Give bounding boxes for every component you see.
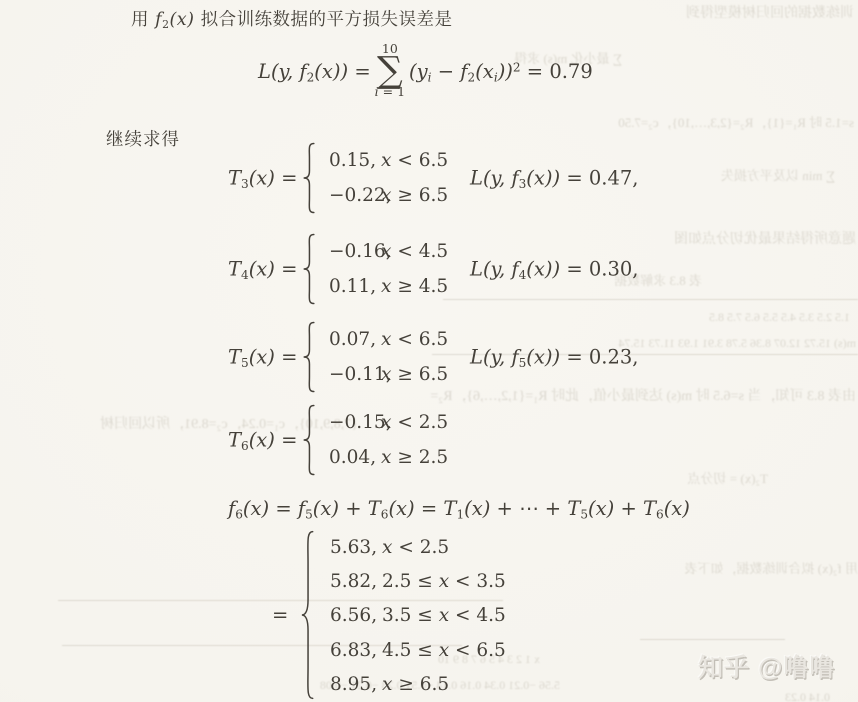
math-run: (x))	[526, 258, 560, 281]
math-run: 4	[241, 268, 249, 282]
math-run: T	[228, 346, 241, 369]
row-value: 0.15,	[329, 150, 381, 171]
math-run: < 6.5	[391, 150, 448, 171]
math-run: < 6.5	[449, 640, 506, 661]
row-condition: x < 6.5	[381, 150, 448, 171]
piecewise-row: −0.15, x < 2.5	[329, 405, 448, 440]
math-run: < 4.5	[449, 605, 506, 626]
math-run: (y, f	[271, 60, 307, 83]
math-run: ≥ 2.5	[391, 447, 448, 468]
row-condition: x ≥ 6.5	[382, 674, 449, 695]
piecewise-rows: 5.63, x < 2.5 5.82, 2.5 ≤ x < 3.5 6.56, …	[330, 530, 506, 702]
math-run: T	[643, 497, 656, 520]
math-run: x	[382, 674, 392, 695]
math-run: =	[275, 429, 298, 452]
zhihu-watermark: 知乎 @噜噜	[698, 648, 835, 684]
row-condition: 3.5 ≤ x < 4.5	[382, 605, 506, 626]
loss-equation: L(y, f2(x)) = 10 ∑ i = 1 (yi − f2(xi))2 …	[258, 38, 593, 104]
math-run: (x)	[169, 10, 194, 30]
row-condition: x < 2.5	[381, 412, 448, 433]
math-run: < 4.5	[391, 241, 448, 262]
piecewise-rows: 0.15, x < 6.5 −0.22, x ≥ 6.5	[329, 143, 448, 213]
math-run: 2.5 ≤	[382, 571, 439, 592]
math-run: (y, f	[483, 167, 519, 190]
math-run: (y, f	[483, 258, 519, 281]
bleedthrough-text: s=1.5 时 R₁={1}，R₂={2,3,…,10}，c₂=7.50	[598, 112, 854, 131]
row-condition: x ≥ 6.5	[381, 364, 448, 385]
math-run: =	[269, 497, 298, 520]
row-value: 8.95,	[330, 674, 382, 695]
math-run: 6	[241, 439, 249, 453]
equals-sign: =	[272, 604, 288, 627]
math-run: (x)	[249, 346, 275, 369]
row-condition: x < 6.5	[381, 329, 448, 350]
math-run: < 3.5	[449, 571, 506, 592]
math-run: +	[339, 497, 368, 520]
piecewise-row: 8.95, x ≥ 6.5	[330, 668, 506, 702]
piecewise-row: 5.63, x < 2.5	[330, 530, 506, 564]
math-run: x	[439, 640, 449, 661]
row-value: 5.63,	[330, 537, 382, 558]
piecewise-row: −0.11, x ≥ 6.5	[329, 357, 448, 392]
piecewise-rows: 0.07, x < 6.5 −0.11, x ≥ 6.5	[329, 322, 448, 392]
row-value: −0.15,	[329, 412, 381, 433]
block-name: T3(x) =	[228, 167, 297, 190]
left-brace-icon	[300, 142, 316, 214]
math-run: ≥ 4.5	[391, 276, 448, 297]
math-run: = 0.23,	[560, 346, 638, 369]
intro-sentence: 用 f2(x) 拟合训练数据的平方损失误差是	[131, 6, 453, 31]
math-run: T	[368, 497, 381, 520]
math-run: (x)	[464, 497, 490, 520]
math-run: 5	[305, 507, 313, 521]
math-run: =	[275, 258, 298, 281]
loss-value: L(y, f4(x)) = 0.30,	[470, 258, 638, 281]
math-run: +	[614, 497, 643, 520]
math-run: + ⋯ +	[490, 497, 567, 520]
piecewise-row: 6.56, 3.5 ≤ x < 4.5	[330, 599, 506, 633]
math-run: x	[381, 276, 391, 297]
row-condition: x < 2.5	[382, 537, 449, 558]
math-run: x	[382, 537, 392, 558]
math-run: (x)	[249, 167, 275, 190]
left-brace-icon	[300, 233, 316, 305]
math-run: 5	[241, 356, 249, 370]
piecewise-row: 5.82, 2.5 ≤ x < 3.5	[330, 564, 506, 598]
math-run: x	[381, 364, 391, 385]
piecewise-row: 0.07, x < 6.5	[329, 322, 448, 357]
math-run: (x))	[526, 346, 560, 369]
sigma-icon: ∑	[377, 56, 403, 87]
math-run: (x)	[249, 429, 275, 452]
math-run: (x)	[664, 497, 690, 520]
row-condition: 4.5 ≤ x < 6.5	[382, 640, 506, 661]
math-run: 3	[241, 177, 249, 191]
math-run: f	[298, 497, 305, 520]
row-condition: 2.5 ≤ x < 3.5	[382, 571, 506, 592]
math-run: (x)	[588, 497, 614, 520]
math-run: = 0.47,	[560, 167, 638, 190]
piecewise-row: 0.04, x ≥ 2.5	[329, 440, 448, 475]
row-value: −0.16,	[329, 241, 381, 262]
math-run: (x)	[249, 258, 275, 281]
math-run: < 2.5	[391, 412, 448, 433]
scanned-book-page: 训练数据的回归树模型得到∑ 最小化 m(s) 求得s=1.5 时 R₁={1}，…	[0, 0, 858, 702]
math-run: f	[155, 10, 162, 30]
row-value: 6.56,	[330, 605, 382, 626]
row-condition: x ≥ 2.5	[381, 447, 448, 468]
piecewise-row: 0.15, x < 6.5	[329, 143, 448, 178]
block-name: T4(x) =	[228, 258, 297, 281]
math-run: = 0.30,	[560, 258, 638, 281]
math-run: T	[443, 497, 456, 520]
math-run: 2	[513, 60, 521, 74]
math-run: (x)	[243, 497, 269, 520]
math-run: =	[415, 497, 444, 520]
math-run: x	[381, 447, 391, 468]
f6-equation: f6(x) = f5(x) + T6(x) = T1(x) + ⋯ + T5(x…	[228, 497, 690, 520]
math-run: =	[275, 167, 298, 190]
math-run: 6	[656, 507, 664, 521]
equation-left: L(y, f2(x)) =	[258, 60, 371, 83]
math-run: −	[432, 60, 461, 83]
math-run: 5	[580, 507, 588, 521]
piecewise-row: 0.11, x ≥ 4.5	[329, 269, 448, 304]
piecewise-block-t6: T6(x) = −0.15, x < 2.5 0.04, x ≥ 2.5	[0, 403, 858, 477]
row-condition: x < 4.5	[381, 241, 448, 262]
math-run: ≥ 6.5	[391, 185, 448, 206]
piecewise-rows: −0.16, x < 4.5 0.11, x ≥ 4.5	[329, 234, 448, 304]
math-run: L	[470, 167, 483, 190]
math-run: x	[381, 241, 391, 262]
row-value: 0.07,	[329, 329, 381, 350]
math-run: (x)	[313, 497, 339, 520]
piecewise-block-t5: T5(x) = 0.07, x < 6.5 −0.11, x ≥ 6.5 L(y…	[0, 320, 858, 394]
piecewise-row: 6.83, 4.5 ≤ x < 6.5	[330, 633, 506, 667]
row-value: 0.04,	[329, 447, 381, 468]
math-run: x	[381, 185, 391, 206]
row-value: −0.11,	[329, 364, 381, 385]
row-value: −0.22,	[329, 185, 381, 206]
math-run: 拟合训练数据的平方损失误差是	[195, 10, 453, 30]
math-run: x	[381, 329, 391, 350]
math-run: T	[228, 167, 241, 190]
math-run: ≥ 6.5	[391, 364, 448, 385]
math-run: (x	[475, 60, 494, 83]
math-run: T	[228, 429, 241, 452]
math-run: L	[470, 258, 483, 281]
left-brace-icon	[298, 529, 315, 701]
math-run: < 2.5	[392, 537, 449, 558]
math-run: 3.5 ≤	[382, 605, 439, 626]
math-run: (x))	[526, 167, 560, 190]
sum-lower-limit: i = 1	[375, 86, 405, 99]
math-run: 用	[131, 10, 155, 30]
row-value: 5.82,	[330, 571, 382, 592]
math-run: L	[258, 60, 271, 83]
piecewise-block-t3: T3(x) = 0.15, x < 6.5 −0.22, x ≥ 6.5 L(y…	[0, 141, 858, 215]
math-run: < 6.5	[391, 329, 448, 350]
math-run: =	[348, 60, 371, 83]
math-run: x	[381, 150, 391, 171]
math-run: = 0.79	[521, 60, 593, 83]
math-run: x	[381, 412, 391, 433]
block-name: T6(x) =	[228, 429, 297, 452]
summation-symbol: 10 ∑ i = 1	[375, 43, 405, 99]
left-brace-icon	[300, 321, 316, 393]
math-run: = 1	[379, 84, 405, 99]
loss-value: L(y, f5(x)) = 0.23,	[470, 346, 638, 369]
math-run: x	[439, 571, 449, 592]
block-name: T5(x) =	[228, 346, 297, 369]
left-brace-icon	[300, 404, 316, 476]
math-run: =	[275, 346, 298, 369]
math-run: (x))	[314, 60, 348, 83]
math-run: L	[470, 346, 483, 369]
math-run: ))	[498, 60, 513, 83]
row-value: 6.83,	[330, 640, 382, 661]
math-run: x	[439, 605, 449, 626]
math-run: T	[567, 497, 580, 520]
math-run: (y, f	[483, 346, 519, 369]
piecewise-block-t4: T4(x) = −0.16, x < 4.5 0.11, x ≥ 4.5 L(y…	[0, 232, 858, 306]
piecewise-row: −0.22, x ≥ 6.5	[329, 178, 448, 213]
math-run: (x)	[388, 497, 414, 520]
math-run: ≥ 6.5	[392, 674, 449, 695]
row-condition: x ≥ 4.5	[381, 276, 448, 297]
piecewise-rows: −0.15, x < 2.5 0.04, x ≥ 2.5	[329, 405, 448, 475]
math-run: T	[228, 258, 241, 281]
loss-value: L(y, f3(x)) = 0.47,	[470, 167, 638, 190]
equation-right: (yi − f2(xi))2 = 0.79	[409, 60, 593, 83]
math-run: (y	[409, 60, 428, 83]
math-run: 4.5 ≤	[382, 640, 439, 661]
row-condition: x ≥ 6.5	[381, 185, 448, 206]
math-run: f	[460, 60, 467, 83]
bleedthrough-text: 训练数据的回归树模型得到	[616, 2, 854, 22]
math-run: 1	[456, 507, 464, 521]
piecewise-row: −0.16, x < 4.5	[329, 234, 448, 269]
math-run: 6	[235, 507, 243, 521]
row-value: 0.11,	[329, 276, 381, 297]
